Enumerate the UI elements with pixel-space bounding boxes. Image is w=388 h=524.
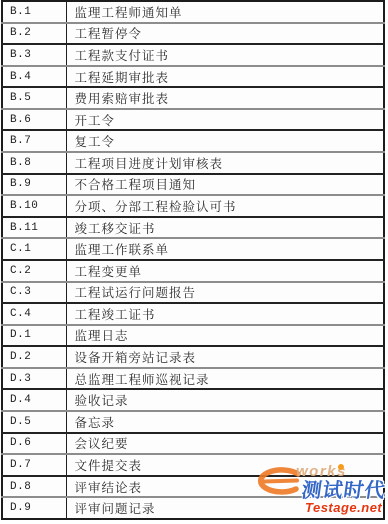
doc-code: D.1 [2, 325, 66, 347]
table-row: B.8工程项目进度计划审核表 [2, 152, 384, 174]
table-row: B.6开工令 [2, 109, 384, 131]
table-row: C.2工程变更单 [2, 260, 384, 282]
table-row: C.3工程试运行问题报告 [2, 282, 384, 304]
doc-code: C.3 [2, 282, 66, 304]
table-row: D.8评审结论表 [2, 476, 384, 498]
table-row: D.4验收记录 [2, 389, 384, 411]
doc-code: D.5 [2, 411, 66, 433]
table-row: B.2工程暂停令 [2, 23, 384, 45]
table-row: D.6会议纪要 [2, 433, 384, 455]
doc-title: 工程暂停令 [66, 23, 384, 45]
doc-title: 费用索赔审批表 [66, 87, 384, 109]
doc-code: C.1 [2, 238, 66, 260]
doc-code: B.8 [2, 152, 66, 174]
doc-title: 工程项目进度计划审核表 [66, 152, 384, 174]
table-row: D.1监理日志 [2, 325, 384, 347]
table-row: D.2设备开箱旁站记录表 [2, 346, 384, 368]
doc-title: 验收记录 [66, 389, 384, 411]
doc-title: 工程试运行问题报告 [66, 282, 384, 304]
table-body: B.1监理工程师通知单B.2工程暂停令B.3工程款支付证书B.4工程延期审批表B… [2, 1, 384, 519]
doc-title: 会议纪要 [66, 433, 384, 455]
doc-title: 总监理工程师巡视记录 [66, 368, 384, 390]
doc-code: B.11 [2, 217, 66, 239]
table-row: D.9评审问题记录 [2, 497, 384, 519]
table-row: B.5费用索赔审批表 [2, 87, 384, 109]
doc-title: 分项、分部工程检验认可书 [66, 195, 384, 217]
doc-title: 复工令 [66, 130, 384, 152]
doc-code: D.7 [2, 454, 66, 476]
doc-title: 工程延期审批表 [66, 66, 384, 88]
doc-code: B.2 [2, 23, 66, 45]
doc-title: 工程款支付证书 [66, 44, 384, 66]
doc-title: 监理日志 [66, 325, 384, 347]
doc-code: B.10 [2, 195, 66, 217]
document-list-table: B.1监理工程师通知单B.2工程暂停令B.3工程款支付证书B.4工程延期审批表B… [1, 0, 385, 520]
doc-code: C.4 [2, 303, 66, 325]
doc-title: 竣工移交证书 [66, 217, 384, 239]
doc-code: C.2 [2, 260, 66, 282]
doc-code: D.4 [2, 389, 66, 411]
doc-code: D.3 [2, 368, 66, 390]
table-row: D.3总监理工程师巡视记录 [2, 368, 384, 390]
table-row: B.9不合格工程项目通知 [2, 174, 384, 196]
table-row: B.3工程款支付证书 [2, 44, 384, 66]
table-row: D.7文件提交表 [2, 454, 384, 476]
doc-code: B.4 [2, 66, 66, 88]
table-row: B.7复工令 [2, 130, 384, 152]
table-row: B.1监理工程师通知单 [2, 1, 384, 23]
doc-title: 工程变更单 [66, 260, 384, 282]
doc-code: D.6 [2, 433, 66, 455]
doc-code: B.9 [2, 174, 66, 196]
doc-title: 评审问题记录 [66, 497, 384, 519]
document-catalog-page: B.1监理工程师通知单B.2工程暂停令B.3工程款支付证书B.4工程延期审批表B… [0, 0, 388, 524]
doc-code: B.6 [2, 109, 66, 131]
doc-title: 备忘录 [66, 411, 384, 433]
doc-title: 评审结论表 [66, 476, 384, 498]
doc-title: 工程竣工证书 [66, 303, 384, 325]
doc-title: 不合格工程项目通知 [66, 174, 384, 196]
doc-title: 文件提交表 [66, 454, 384, 476]
doc-code: D.9 [2, 497, 66, 519]
doc-title: 监理工作联系单 [66, 238, 384, 260]
table-row: C.4工程竣工证书 [2, 303, 384, 325]
doc-title: 监理工程师通知单 [66, 1, 384, 23]
doc-code: B.1 [2, 1, 66, 23]
doc-code: D.8 [2, 476, 66, 498]
doc-code: B.3 [2, 44, 66, 66]
table-row: D.5备忘录 [2, 411, 384, 433]
table-row: B.11竣工移交证书 [2, 217, 384, 239]
table-row: B.10分项、分部工程检验认可书 [2, 195, 384, 217]
doc-code: D.2 [2, 346, 66, 368]
table-row: C.1监理工作联系单 [2, 238, 384, 260]
doc-code: B.7 [2, 130, 66, 152]
table-row: B.4工程延期审批表 [2, 66, 384, 88]
doc-code: B.5 [2, 87, 66, 109]
doc-title: 设备开箱旁站记录表 [66, 346, 384, 368]
doc-title: 开工令 [66, 109, 384, 131]
